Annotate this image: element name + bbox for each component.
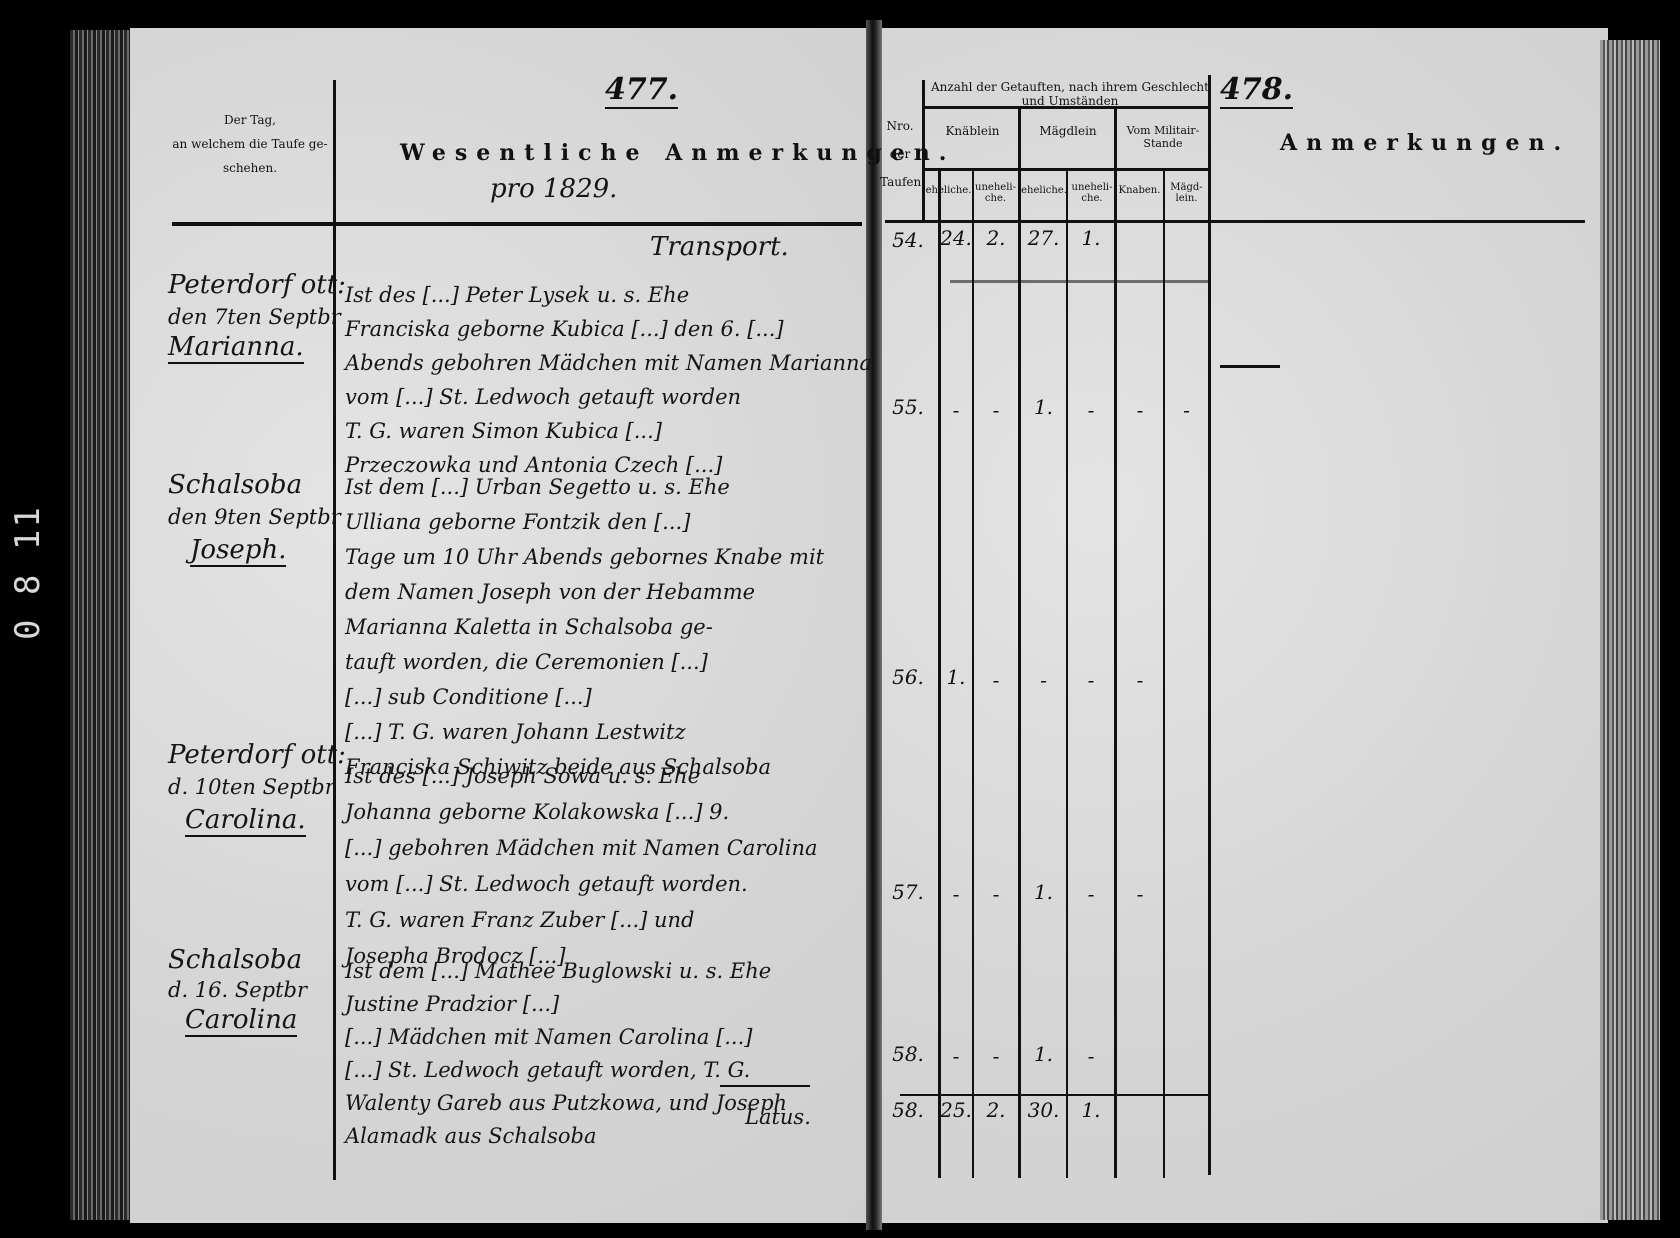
- row-number: 56.: [888, 665, 928, 689]
- footer-rule: [720, 1085, 810, 1087]
- page-number-text: 477.: [605, 72, 678, 109]
- table-group-header: Anzahl der Getauften, nach ihrem Geschle…: [925, 80, 1215, 108]
- col-header: Mägd-lein.: [1163, 182, 1210, 204]
- col-header: Knaben.: [1116, 185, 1163, 196]
- table-line: [922, 80, 925, 220]
- text-line: T. G. waren Simon Kubica [...]: [345, 414, 872, 448]
- entry-text: Ist des [...] Joseph Sowa u. s. Ehe Joha…: [345, 758, 818, 974]
- text-line: T. G. waren Franz Zuber [...] und: [345, 902, 818, 938]
- table-line: [1114, 106, 1117, 1178]
- text-line: vom [...] St. Ledwoch getauft worden: [345, 380, 872, 414]
- entry-child-name: Carolina: [185, 1005, 297, 1037]
- text-line: Marianna Kaletta in Schalsoba ge-: [345, 610, 824, 645]
- entry-text: Ist dem [...] Urban Segetto u. s. Ehe Ul…: [345, 470, 824, 785]
- text-line: Ist dem [...] Mathee Buglowski u. s. Ehe: [345, 955, 787, 988]
- cell: -: [974, 882, 1018, 906]
- entry-place: Peterdorf ott:: [168, 270, 346, 300]
- page-title-right: Anmerkungen.: [1280, 130, 1570, 156]
- cell: -: [1068, 398, 1114, 422]
- cell: -: [940, 398, 972, 422]
- column-divider: [333, 80, 336, 1180]
- cell: -: [1068, 882, 1114, 906]
- cell: -: [1117, 882, 1163, 906]
- text-line: Alamadk aus Schalsoba: [345, 1120, 787, 1153]
- text-line: Ist dem [...] Urban Segetto u. s. Ehe: [345, 470, 824, 505]
- entry-place: Schalsoba: [168, 470, 302, 500]
- cell: 24.: [940, 226, 972, 250]
- cell: -: [1117, 398, 1163, 422]
- latus-label: Latus.: [745, 1105, 811, 1129]
- cell: -: [1165, 398, 1208, 422]
- entry-place: Peterdorf ott:: [168, 740, 346, 770]
- text-line: Walenty Gareb aus Putzkowa, und Joseph: [345, 1087, 787, 1120]
- text-line: [...] gebohren Mädchen mit Namen Carolin…: [345, 830, 818, 866]
- col-header: eheliche.: [1020, 185, 1068, 196]
- cell: -: [974, 1044, 1018, 1068]
- text-line: Tage um 10 Uhr Abends gebornes Knabe mit: [345, 540, 824, 575]
- text-line: dem Namen Joseph von der Hebamme: [345, 575, 824, 610]
- text-line: Ulliana geborne Fontzik den [...]: [345, 505, 824, 540]
- page-edges-right: [1600, 40, 1660, 1220]
- entry-date: d. 10ten Septbr: [168, 775, 335, 799]
- text-line: Johanna geborne Kolakowska [...] 9.: [345, 794, 818, 830]
- cell: 1.: [1021, 1042, 1066, 1066]
- header-line: schehen.: [170, 156, 330, 180]
- text-line: [...] St. Ledwoch getauft worden, T. G.: [345, 1054, 787, 1087]
- cell: -: [1068, 1044, 1114, 1068]
- row-number: 54.: [888, 228, 928, 252]
- row-number: 58.: [888, 1098, 928, 1122]
- header-line: Anzahl der Getauften, nach ihrem Geschle…: [925, 80, 1215, 94]
- cell: -: [940, 882, 972, 906]
- cell: 27.: [1021, 226, 1066, 250]
- text-line: [...] Mädchen mit Namen Carolina [...]: [345, 1021, 787, 1054]
- cell: -: [940, 1044, 972, 1068]
- cell: 1.: [940, 665, 972, 689]
- transport-label: Transport.: [650, 232, 789, 262]
- cell: -: [974, 398, 1018, 422]
- cell: 30.: [1021, 1098, 1066, 1122]
- entry-child-name: Marianna.: [168, 332, 304, 364]
- cell: 1.: [1021, 880, 1066, 904]
- entry-child-name: Joseph.: [190, 535, 286, 567]
- entry-date: den 7ten Septbr: [168, 305, 341, 329]
- book-gutter: [866, 20, 882, 1230]
- page-number-left: 477.: [605, 72, 678, 107]
- table-line: [1018, 106, 1021, 1178]
- note-rule: [1220, 365, 1280, 368]
- text-line: Justine Pradzior [...]: [345, 988, 787, 1021]
- cell: -: [1117, 668, 1163, 692]
- text-line: vom [...] St. Ledwoch getauft worden.: [345, 866, 818, 902]
- cell: 1.: [1068, 1098, 1114, 1122]
- date-column-header: Der Tag, an welchem die Taufe ge- schehe…: [170, 108, 330, 180]
- cell: 1.: [1021, 395, 1066, 419]
- total-rule: [900, 1094, 1208, 1096]
- table-line: [922, 106, 1210, 109]
- cell: 2.: [974, 1098, 1018, 1122]
- header-line: an welchem die Taufe ge-: [170, 132, 330, 156]
- entry-date: d. 16. Septbr: [168, 978, 307, 1002]
- col-header: eheliche.: [925, 185, 972, 196]
- text-line: [...] T. G. waren Johann Lestwitz: [345, 715, 824, 750]
- text-line: Ist des [...] Peter Lysek u. s. Ehe: [345, 278, 872, 312]
- number-header: Nro. der Taufen.: [880, 112, 920, 196]
- text-line: Franciska geborne Kubica [...] den 6. [.…: [345, 312, 872, 346]
- header-line: Der Tag,: [170, 108, 330, 132]
- table-line: [1208, 75, 1211, 1175]
- smudge-rule: [950, 280, 1208, 283]
- table-line: [885, 220, 1585, 223]
- col-header: unehe­li-che.: [972, 182, 1019, 204]
- entry-text: Ist dem [...] Mathee Buglowski u. s. Ehe…: [345, 955, 787, 1153]
- header-line: Taufen.: [880, 168, 920, 196]
- header-rule: [172, 222, 862, 226]
- page-number-text: 478.: [1220, 72, 1293, 109]
- film-frame-number: 0 8 11: [8, 505, 48, 640]
- page-number-right: 478.: [1220, 72, 1293, 107]
- year-label: pro 1829.: [490, 174, 617, 204]
- header-line: der: [880, 140, 920, 168]
- subgroup-girls: Mägdlein: [1020, 124, 1116, 138]
- text-line: Ist des [...] Joseph Sowa u. s. Ehe: [345, 758, 818, 794]
- table-line: [1163, 168, 1165, 1178]
- cell: -: [1021, 668, 1066, 692]
- entry-date: den 9ten Septbr: [168, 505, 341, 529]
- cell: 1.: [1068, 226, 1114, 250]
- entry-place: Schalsoba: [168, 945, 302, 975]
- col-header: unehe­li-che.: [1068, 182, 1116, 204]
- row-number: 57.: [888, 880, 928, 904]
- row-number: 55.: [888, 395, 928, 419]
- row-number: 58.: [888, 1042, 928, 1066]
- cell: 2.: [974, 226, 1018, 250]
- page-title-left: Wesentliche Anmerkungen.: [400, 140, 955, 166]
- subgroup-boys: Knäblein: [925, 124, 1020, 138]
- text-line: tauft worden, die Ceremonien [...]: [345, 645, 824, 680]
- cell: -: [974, 668, 1018, 692]
- cell: -: [1068, 668, 1114, 692]
- subgroup-military: Vom Militair-Stande: [1116, 124, 1210, 150]
- entry-text: Ist des [...] Peter Lysek u. s. Ehe Fran…: [345, 278, 872, 482]
- header-line: Nro.: [880, 112, 920, 140]
- cell: 25.: [940, 1098, 972, 1122]
- entry-child-name: Carolina.: [185, 805, 306, 837]
- text-line: Abends gebohren Mädchen mit Namen Marian…: [345, 346, 872, 380]
- text-line: [...] sub Conditione [...]: [345, 680, 824, 715]
